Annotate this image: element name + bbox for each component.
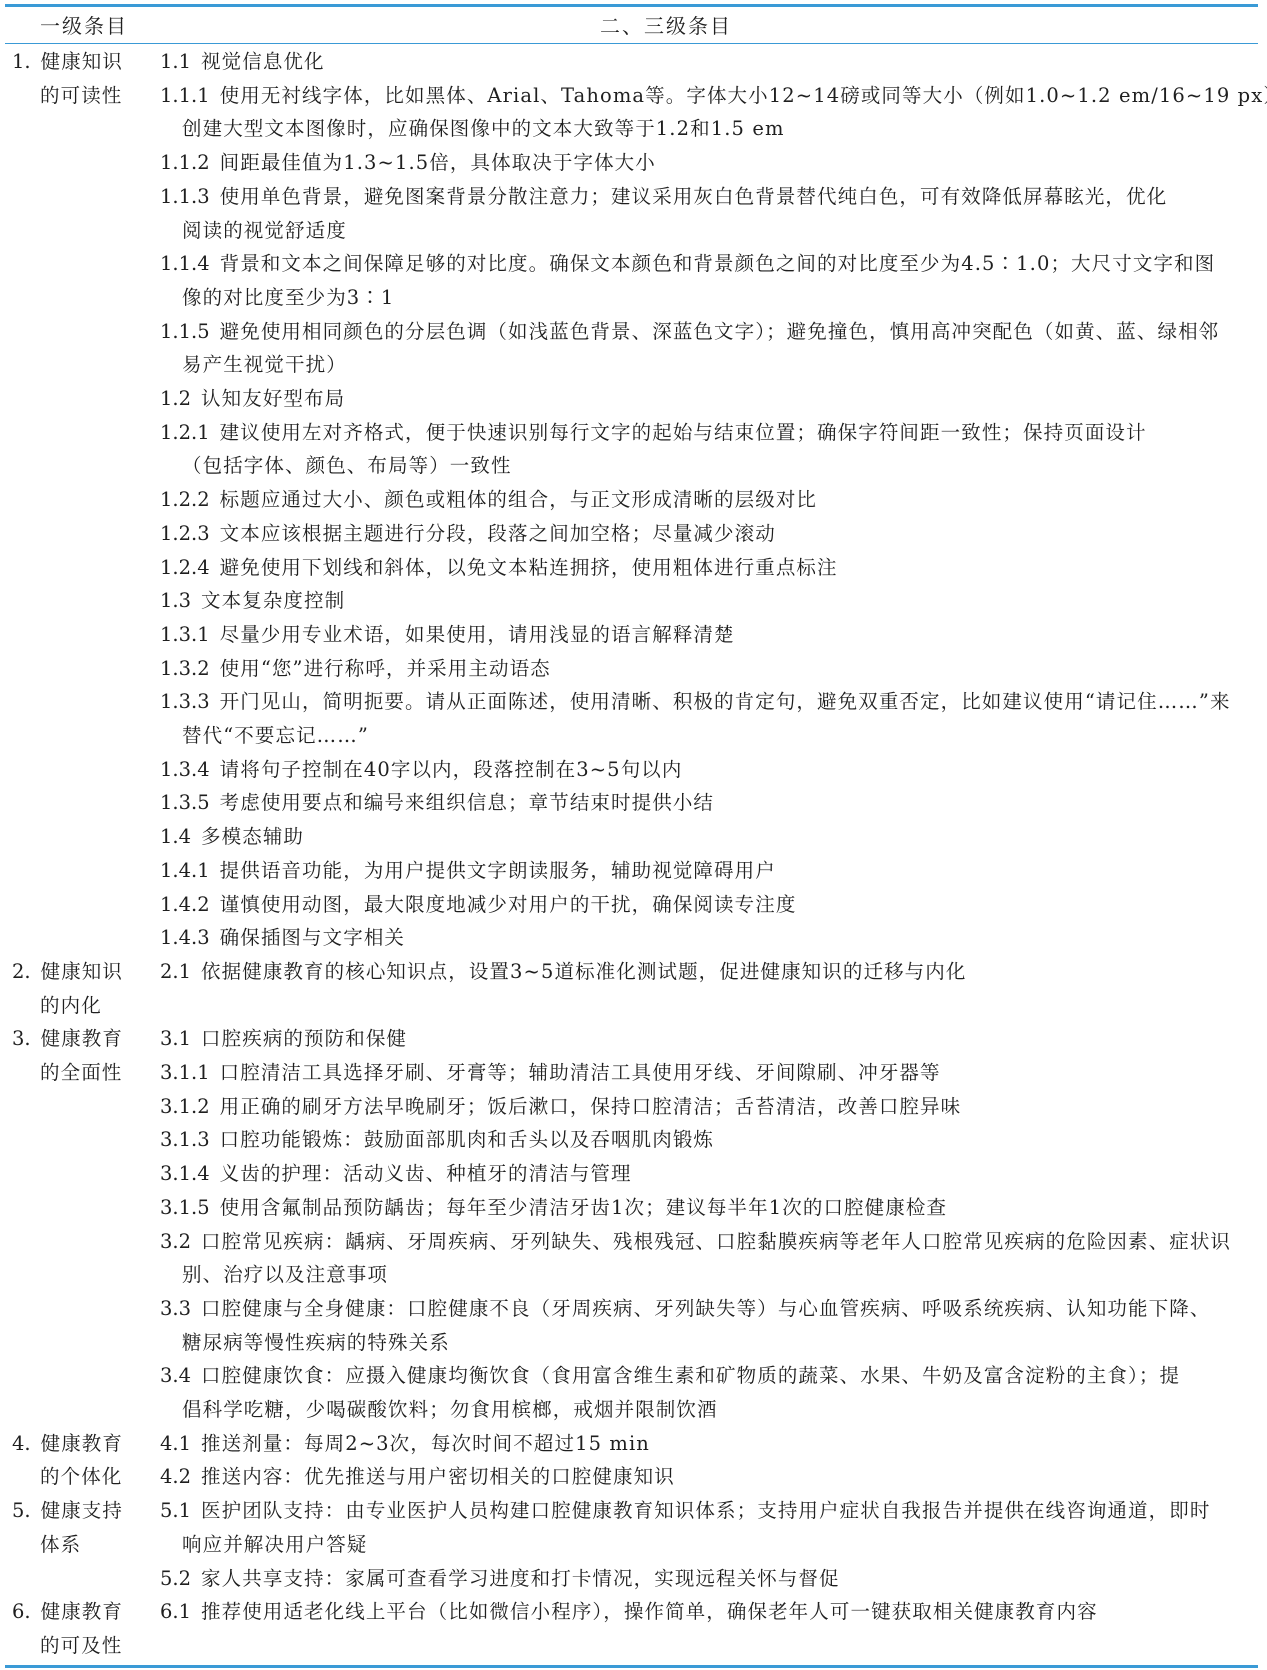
subitem-continuation-line: 别、治疗以及注意事项	[182, 1258, 388, 1292]
subitem-number: 1.3	[160, 589, 191, 612]
subitem-number: 2.1	[160, 960, 191, 983]
category-text: 的可读性	[40, 84, 122, 107]
subitem-line: 1.4.1提供语音功能，为用户提供文字朗读服务，辅助视觉障碍用户	[160, 854, 776, 888]
subitem-text: 建议使用左对齐格式，便于快速识别每行文字的起始与结束位置；确保字符间距一致性；保…	[220, 421, 1147, 444]
subitem-line: 1.3文本复杂度控制	[160, 584, 345, 618]
subitem-number: 6.1	[160, 1600, 191, 1623]
subitem-continuation-line: 糖尿病等慢性疾病的特殊关系	[182, 1326, 450, 1360]
subitem-continuation-line: 像的对比度至少为3∶1	[182, 281, 394, 315]
subitem-line: 1.1.5避免使用相同颜色的分层色调（如浅蓝色背景、深蓝色文字）；避免撞色，慎用…	[160, 315, 1219, 349]
subitem-continuation-line: 响应并解决用户答疑	[182, 1528, 367, 1562]
subitem-text: 推荐使用适老化线上平台（比如微信小程序），操作简单，确保老年人可一键获取相关健康…	[201, 1600, 1098, 1623]
subitem-continuation-line: 阅读的视觉舒适度	[182, 214, 347, 248]
subitem-text: 响应并解决用户答疑	[182, 1533, 367, 1556]
subitem-number: 4.2	[160, 1465, 191, 1488]
subitem-line: 1.4多模态辅助	[160, 820, 304, 854]
subitem-line: 5.2家人共享支持：家属可查看学习进度和打卡情况，实现远程关怀与督促	[160, 1562, 840, 1596]
category-text: 健康教育	[41, 1600, 123, 1623]
subitem-text: 家人共享支持：家属可查看学习进度和打卡情况，实现远程关怀与督促	[201, 1567, 840, 1590]
subitem-text: 提供语音功能，为用户提供文字朗读服务，辅助视觉障碍用户	[220, 859, 776, 882]
category-continuation-line: 的内化	[40, 989, 102, 1023]
subitem-text: 文本应该根据主题进行分段，段落之间加空格；尽量减少滚动	[220, 522, 776, 545]
subitem-text: 背景和文本之间保障足够的对比度。确保文本颜色和背景颜色之间的对比度至少为4.5∶…	[220, 252, 1216, 275]
category-line: 4.健康教育	[12, 1427, 123, 1461]
category-number: 2.	[12, 960, 31, 983]
subitem-number: 1.1.1	[160, 84, 210, 107]
subitem-text: 间距最佳值为1.3~1.5倍，具体取决于字体大小	[220, 151, 656, 174]
subitem-text: 像的对比度至少为3∶1	[182, 286, 394, 309]
category-number: 5.	[12, 1499, 31, 1522]
subitem-number: 1.2	[160, 387, 191, 410]
category-text: 健康知识	[41, 960, 123, 983]
subitem-text: 义齿的护理：活动义齿、种植牙的清洁与管理	[220, 1162, 632, 1185]
subitem-text: 创建大型文本图像时，应确保图像中的文本大致等于1.2和1.5 em	[182, 117, 785, 140]
subitem-text: 开门见山，简明扼要。请从正面陈述，使用清晰、积极的肯定句，避免双重否定，比如建议…	[220, 690, 1231, 713]
subitem-text: 口腔清洁工具选择牙刷、牙膏等；辅助清洁工具使用牙线、牙间隙刷、冲牙器等	[220, 1061, 941, 1084]
category-line: 5.健康支持	[12, 1494, 123, 1528]
subitem-text: 口腔健康与全身健康：口腔健康不良（牙周疾病、牙列缺失等）与心血管疾病、呼吸系统疾…	[201, 1297, 1210, 1320]
subitem-text: 替代“不要忘记……”	[182, 724, 369, 747]
subitem-number: 3.1.1	[160, 1061, 210, 1084]
subitem-line: 3.1.5使用含氟制品预防龋齿；每年至少清洁牙齿1次；建议每半年1次的口腔健康检…	[160, 1191, 947, 1225]
subitem-continuation-line: （包括字体、颜色、布局等）一致性	[182, 449, 512, 483]
category-continuation-line: 体系	[40, 1528, 81, 1562]
subitem-text: 尽量少用专业术语，如果使用，请用浅显的语言解释清楚	[220, 623, 735, 646]
subitem-text: 使用单色背景，避免图案背景分散注意力；建议采用灰白色背景替代纯白色，可有效降低屏…	[220, 185, 1168, 208]
subitem-text: 用正确的刷牙方法早晚刷牙；饭后漱口，保持口腔清洁；舌苔清洁，改善口腔异味	[220, 1095, 962, 1118]
subitem-text: 使用“您”进行称呼，并采用主动语态	[220, 657, 551, 680]
subitem-text: 使用含氟制品预防龋齿；每年至少清洁牙齿1次；建议每半年1次的口腔健康检查	[220, 1196, 947, 1219]
subitem-number: 3.4	[160, 1364, 191, 1387]
subitem-number: 5.2	[160, 1567, 191, 1590]
subitem-number: 5.1	[160, 1499, 191, 1522]
category-continuation-line: 的可读性	[40, 79, 122, 113]
subitem-number: 1.2.2	[160, 488, 210, 511]
subitem-number: 1.4.2	[160, 893, 210, 916]
subitem-text: 标题应通过大小、颜色或粗体的组合，与正文形成清晰的层级对比	[220, 488, 817, 511]
subitem-line: 6.1推荐使用适老化线上平台（比如微信小程序），操作简单，确保老年人可一键获取相…	[160, 1595, 1098, 1629]
subitem-number: 3.1.3	[160, 1128, 210, 1151]
subitem-line: 1.2.2标题应通过大小、颜色或粗体的组合，与正文形成清晰的层级对比	[160, 483, 817, 517]
subitem-line: 1.3.5考虑使用要点和编号来组织信息；章节结束时提供小结	[160, 786, 714, 820]
subitem-line: 1.2认知友好型布局	[160, 382, 345, 416]
subitem-number: 1.4.1	[160, 859, 210, 882]
subitem-number: 1.3.1	[160, 623, 210, 646]
subitem-number: 3.1.2	[160, 1095, 210, 1118]
column-header-level1: 一级条目	[40, 9, 128, 43]
category-continuation-line: 的全面性	[40, 1056, 122, 1090]
subitem-line: 1.1.2间距最佳值为1.3~1.5倍，具体取决于字体大小	[160, 146, 656, 180]
subitem-line: 1.2.3文本应该根据主题进行分段，段落之间加空格；尽量减少滚动	[160, 517, 776, 551]
subitem-continuation-line: 创建大型文本图像时，应确保图像中的文本大致等于1.2和1.5 em	[182, 112, 785, 146]
subitem-line: 3.1.1口腔清洁工具选择牙刷、牙膏等；辅助清洁工具使用牙线、牙间隙刷、冲牙器等	[160, 1056, 941, 1090]
subitem-text: 口腔疾病的预防和保健	[201, 1027, 407, 1050]
subitem-text: 确保插图与文字相关	[220, 926, 405, 949]
subitem-text: 谨慎使用动图，最大限度地减少对用户的干扰，确保阅读专注度	[220, 893, 797, 916]
subitem-number: 1.1.3	[160, 185, 210, 208]
subitem-text: 医护团队支持：由专业医护人员构建口腔健康教育知识体系；支持用户症状自我报告并提供…	[201, 1499, 1210, 1522]
subitem-number: 1.2.1	[160, 421, 210, 444]
subitem-line: 1.1.4背景和文本之间保障足够的对比度。确保文本颜色和背景颜色之间的对比度至少…	[160, 247, 1215, 281]
subitem-line: 1.4.3确保插图与文字相关	[160, 921, 405, 955]
category-text: 健康支持	[41, 1499, 123, 1522]
subitem-text: 认知友好型布局	[201, 387, 345, 410]
subitem-line: 1.1.3使用单色背景，避免图案背景分散注意力；建议采用灰白色背景替代纯白色，可…	[160, 180, 1167, 214]
category-number: 4.	[12, 1432, 31, 1455]
subitem-number: 3.2	[160, 1230, 191, 1253]
subitem-number: 1.4	[160, 825, 191, 848]
subitem-text: 依据健康教育的核心知识点，设置3~5道标准化测试题，促进健康知识的迁移与内化	[201, 960, 966, 983]
subitem-text: 阅读的视觉舒适度	[182, 219, 347, 242]
subitem-number: 1.4.3	[160, 926, 210, 949]
subitem-line: 1.3.3开门见山，简明扼要。请从正面陈述，使用清晰、积极的肯定句，避免双重否定…	[160, 685, 1231, 719]
subitem-number: 3.3	[160, 1297, 191, 1320]
subitem-line: 3.1.4义齿的护理：活动义齿、种植牙的清洁与管理	[160, 1157, 632, 1191]
subitem-number: 1.2.3	[160, 522, 210, 545]
subitem-text: 避免使用下划线和斜体，以免文本粘连拥挤，使用粗体进行重点标注	[220, 556, 838, 579]
table-header-rule	[5, 43, 1258, 45]
subitem-continuation-line: 替代“不要忘记……”	[182, 719, 369, 753]
subitem-number: 1.1.2	[160, 151, 210, 174]
subitem-text: 口腔功能锻炼：鼓励面部肌肉和舌头以及吞咽肌肉锻炼	[220, 1128, 714, 1151]
subitem-line: 4.1推送剂量：每周2~3次，每次时间不超过15 min	[160, 1427, 650, 1461]
subitem-number: 1.1	[160, 50, 191, 73]
subitem-number: 1.3.3	[160, 690, 210, 713]
subitem-text: 推送剂量：每周2~3次，每次时间不超过15 min	[201, 1432, 650, 1455]
subitem-text: （包括字体、颜色、布局等）一致性	[182, 454, 512, 477]
subitem-text: 文本复杂度控制	[201, 589, 345, 612]
subitem-line: 3.1口腔疾病的预防和保健	[160, 1022, 407, 1056]
subitem-number: 4.1	[160, 1432, 191, 1455]
category-text: 的内化	[40, 994, 102, 1017]
subitem-number: 1.3.2	[160, 657, 210, 680]
category-text: 的可及性	[40, 1634, 122, 1657]
subitem-text: 请将句子控制在40字以内，段落控制在3~5句以内	[220, 758, 683, 781]
subitem-line: 1.1.1使用无衬线字体，比如黑体、Arial、Tahoma等。字体大小12~1…	[160, 79, 1267, 113]
subitem-line: 3.1.3口腔功能锻炼：鼓励面部肌肉和舌头以及吞咽肌肉锻炼	[160, 1123, 714, 1157]
subitem-line: 1.2.4避免使用下划线和斜体，以免文本粘连拥挤，使用粗体进行重点标注	[160, 551, 838, 585]
subitem-text: 糖尿病等慢性疾病的特殊关系	[182, 1331, 450, 1354]
subitem-text: 口腔健康饮食：应摄入健康均衡饮食（食用富含维生素和矿物质的蔬菜、水果、牛奶及富含…	[201, 1364, 1180, 1387]
category-line: 3.健康教育	[12, 1022, 123, 1056]
column-header-level2-3: 二、三级条目	[600, 9, 730, 43]
category-text: 健康教育	[41, 1027, 123, 1050]
subitem-text: 视觉信息优化	[201, 50, 325, 73]
subitem-text: 易产生视觉干扰）	[182, 353, 347, 376]
subitem-line: 1.4.2谨慎使用动图，最大限度地减少对用户的干扰，确保阅读专注度	[160, 888, 796, 922]
subitem-number: 1.3.5	[160, 791, 210, 814]
subitem-continuation-line: 易产生视觉干扰）	[182, 348, 347, 382]
category-line: 6.健康教育	[12, 1595, 123, 1629]
subitem-text: 避免使用相同颜色的分层色调（如浅蓝色背景、深蓝色文字）；避免撞色，慎用高冲突配色…	[220, 320, 1220, 343]
subitem-line: 5.1医护团队支持：由专业医护人员构建口腔健康教育知识体系；支持用户症状自我报告…	[160, 1494, 1210, 1528]
subitem-text: 使用无衬线字体，比如黑体、Arial、Tahoma等。字体大小12~14磅或同等…	[220, 84, 1267, 107]
subitem-text: 口腔常见疾病：龋病、牙周疾病、牙列缺失、残根残冠、口腔黏膜疾病等老年人口腔常见疾…	[201, 1230, 1231, 1253]
category-line: 1.健康知识	[12, 45, 123, 79]
table-top-rule	[5, 4, 1258, 7]
subitem-line: 3.1.2用正确的刷牙方法早晚刷牙；饭后漱口，保持口腔清洁；舌苔清洁，改善口腔异…	[160, 1090, 961, 1124]
category-continuation-line: 的个体化	[40, 1460, 122, 1494]
category-line: 2.健康知识	[12, 955, 123, 989]
subitem-number: 1.2.4	[160, 556, 210, 579]
subitem-line: 3.4口腔健康饮食：应摄入健康均衡饮食（食用富含维生素和矿物质的蔬菜、水果、牛奶…	[160, 1359, 1180, 1393]
category-text: 健康知识	[41, 50, 123, 73]
subitem-line: 3.2口腔常见疾病：龋病、牙周疾病、牙列缺失、残根残冠、口腔黏膜疾病等老年人口腔…	[160, 1225, 1231, 1259]
category-text: 体系	[40, 1533, 81, 1556]
category-number: 3.	[12, 1027, 31, 1050]
subitem-line: 4.2推送内容：优先推送与用户密切相关的口腔健康知识	[160, 1460, 675, 1494]
subitem-text: 推送内容：优先推送与用户密切相关的口腔健康知识	[201, 1465, 675, 1488]
category-text: 的个体化	[40, 1465, 122, 1488]
subitem-text: 多模态辅助	[201, 825, 304, 848]
subitem-text: 倡科学吃糖，少喝碳酸饮料；勿食用槟榔，戒烟并限制饮酒	[182, 1398, 718, 1421]
subitem-line: 1.3.2使用“您”进行称呼，并采用主动语态	[160, 652, 551, 686]
subitem-number: 3.1.4	[160, 1162, 210, 1185]
subitem-number: 1.1.4	[160, 252, 210, 275]
category-text: 的全面性	[40, 1061, 122, 1084]
table-bottom-rule	[5, 1665, 1258, 1668]
subitem-line: 1.1视觉信息优化	[160, 45, 325, 79]
subitem-text: 考虑使用要点和编号来组织信息；章节结束时提供小结	[220, 791, 714, 814]
subitem-number: 3.1	[160, 1027, 191, 1050]
category-continuation-line: 的可及性	[40, 1629, 122, 1663]
subitem-continuation-line: 倡科学吃糖，少喝碳酸饮料；勿食用槟榔，戒烟并限制饮酒	[182, 1393, 718, 1427]
subitem-text: 别、治疗以及注意事项	[182, 1263, 388, 1286]
subitem-number: 1.1.5	[160, 320, 210, 343]
subitem-number: 1.3.4	[160, 758, 210, 781]
subitem-line: 3.3口腔健康与全身健康：口腔健康不良（牙周疾病、牙列缺失等）与心血管疾病、呼吸…	[160, 1292, 1210, 1326]
subitem-line: 1.3.4请将句子控制在40字以内，段落控制在3~5句以内	[160, 753, 683, 787]
subitem-line: 2.1依据健康教育的核心知识点，设置3~5道标准化测试题，促进健康知识的迁移与内…	[160, 955, 966, 989]
subitem-number: 3.1.5	[160, 1196, 210, 1219]
category-number: 1.	[12, 50, 31, 73]
category-text: 健康教育	[41, 1432, 123, 1455]
category-number: 6.	[12, 1600, 31, 1623]
subitem-line: 1.3.1尽量少用专业术语，如果使用，请用浅显的语言解释清楚	[160, 618, 735, 652]
subitem-line: 1.2.1建议使用左对齐格式，便于快速识别每行文字的起始与结束位置；确保字符间距…	[160, 416, 1147, 450]
